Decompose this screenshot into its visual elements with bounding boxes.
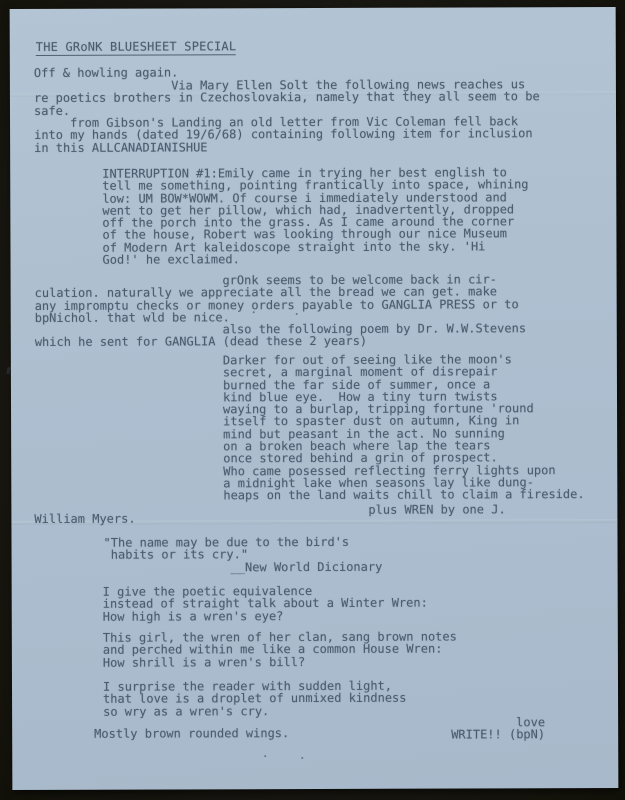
dictionary-quote: "The name may be due to the bird's habit…: [103, 536, 349, 561]
ink-speck: [264, 755, 266, 757]
wren-stanza-1: I give the poetic equivalence instead of…: [103, 585, 428, 623]
plus-wren-line: plus WREN by one J.: [368, 503, 505, 516]
wren-stanza-2: This girl, the wren of her clan, sang br…: [103, 631, 457, 669]
interruption-paragraph: INTERRUPTION #1:Emily came in trying her…: [102, 166, 529, 266]
ink-speck: [6, 367, 10, 374]
wren-stanza-3: I surprise the reader with sudden light,…: [103, 680, 407, 718]
intro-paragraph: Via Mary Ellen Solt the following news r…: [34, 78, 540, 117]
quote-source: __New World Dicionary: [231, 561, 383, 574]
stevens-poem: Darker for out of seeing like the moon's…: [223, 353, 585, 502]
gronk-circulation-paragraph: grOnk seems to be welcome back in cir- c…: [35, 273, 527, 348]
blue-mimeo-sheet: THE GRoNK BLUESHEET SPECIAL Off & howlin…: [10, 7, 619, 790]
byline: William Myers.: [34, 513, 135, 526]
document-title: THE GRoNK BLUESHEET SPECIAL: [36, 40, 237, 56]
closing-line: Mostly brown rounded wings.: [94, 727, 289, 740]
opening-line: Off & howling again.: [34, 66, 179, 79]
ink-speck: [301, 757, 303, 759]
coleman-paragraph: from Gibson's Landing an old letter from…: [34, 115, 533, 154]
photo-background: THE GRoNK BLUESHEET SPECIAL Off & howlin…: [0, 0, 625, 800]
signoff: love WRITE!! (bpN): [451, 716, 545, 741]
